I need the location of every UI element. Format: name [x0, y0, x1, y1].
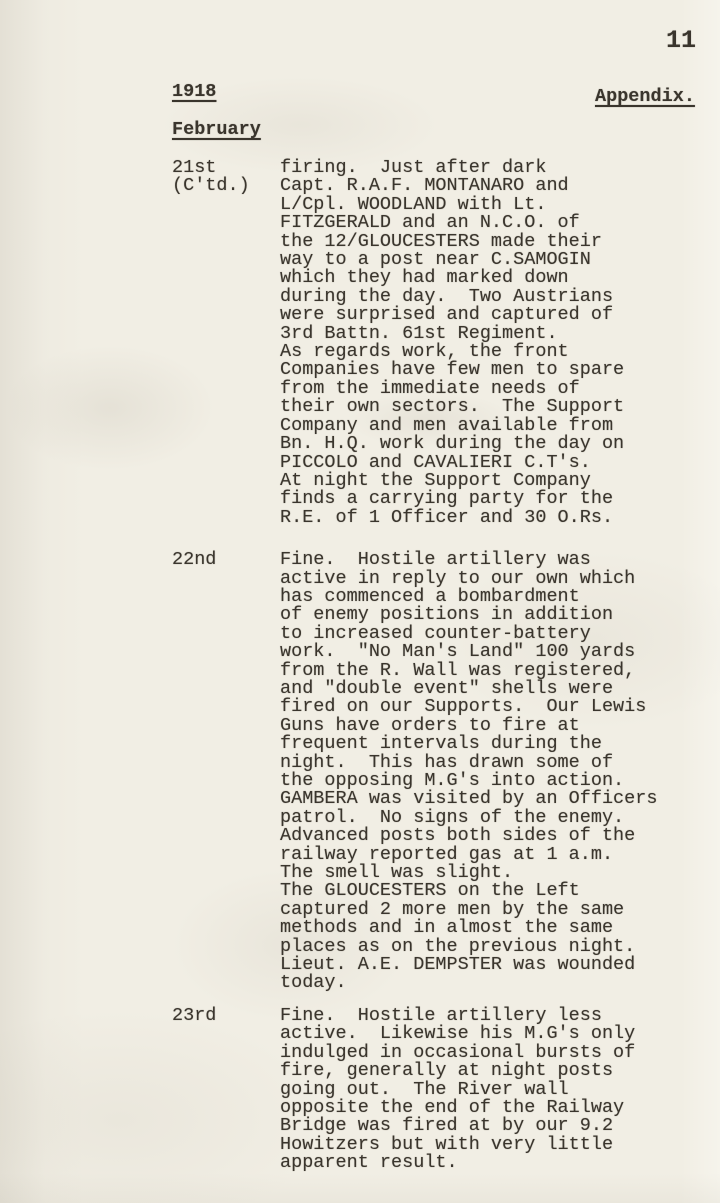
month-heading: February [172, 121, 261, 139]
entry-body-line: R.E. of 1 Officer and 30 O.Rs. [280, 509, 720, 527]
entry-body-line: FITZGERALD and an N.C.O. of [280, 214, 720, 232]
diary-entries: 21st(C'td.) firing. Just after darkCapt.… [0, 159, 720, 1173]
entry-body-line: finds a carrying party for the [280, 490, 720, 508]
entry-body-line: methods and in almost the same [280, 919, 720, 937]
entry-date-line: 22nd [172, 551, 216, 569]
entry-date-line: (C'td.) [172, 177, 250, 195]
appendix-heading: Appendix. [595, 88, 695, 106]
year-heading: 1918 [172, 83, 216, 101]
entry-body-line: apparent result. [280, 1154, 720, 1172]
entry-date: 21st(C'td.) [172, 159, 250, 196]
entry-body-line: frequent intervals during the [280, 735, 720, 753]
entry-date: 22nd [172, 551, 216, 569]
entry-date-line: 23rd [172, 1007, 216, 1025]
diary-entry: 22nd Fine. Hostile artillery wasactive i… [0, 551, 720, 993]
entry-body-line: work. "No Man's Land" 100 yards [280, 643, 720, 661]
diary-entry: 21st(C'td.) firing. Just after darkCapt.… [0, 159, 720, 527]
entry-body-line: fire, generally at night posts [280, 1062, 720, 1080]
entry-body-line: of enemy positions in addition [280, 606, 720, 624]
entry-body-line: Fine. Hostile artillery was [280, 551, 720, 569]
entry-body-line: Bridge was fired at by our 9.2 [280, 1117, 720, 1135]
entry-body-line: today. [280, 974, 720, 992]
page-number: 11 [666, 30, 696, 52]
entry-body-line: Bn. H.Q. work during the day on [280, 435, 720, 453]
entry-body-line: their own sectors. The Support [280, 398, 720, 416]
entry-date: 23rd [172, 1007, 216, 1025]
entry-body: firing. Just after darkCapt. R.A.F. MONT… [280, 159, 720, 527]
document-page: 11 1918 Appendix. February 21st(C'td.) f… [0, 0, 720, 1203]
entry-body-line: Advanced posts both sides of the [280, 827, 720, 845]
diary-entry: 23rd Fine. Hostile artillery lessactive.… [0, 1007, 720, 1173]
entry-body: Fine. Hostile artillery lessactive. Like… [280, 1007, 720, 1173]
entry-body-line: active. Likewise his M.G's only [280, 1025, 720, 1043]
entry-body: Fine. Hostile artillery wasactive in rep… [280, 551, 720, 993]
entry-body-line: were surprised and captured of [280, 306, 720, 324]
